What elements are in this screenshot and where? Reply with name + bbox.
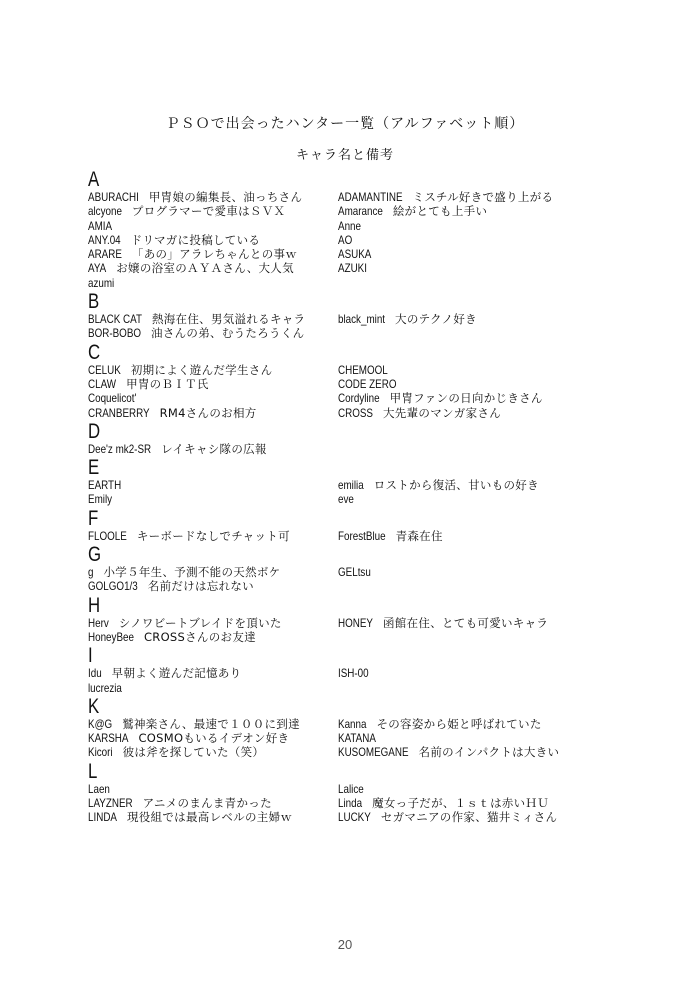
section-l: LLaenLaliceLAYZNERアニメのまんま青かったLinda魔女っ子だが… — [88, 762, 608, 825]
section-letter: C — [88, 343, 504, 362]
character-name: Anne — [338, 219, 357, 233]
list-item: AO — [338, 233, 608, 247]
list-row: Idu早朝よく遊んだ記憶ありISH-00 — [88, 666, 608, 680]
section-letter: F — [88, 509, 504, 528]
character-name: ISH-00 — [338, 666, 363, 680]
list-item: CHEMOOL — [338, 363, 608, 377]
list-row: Emilyeve — [88, 492, 608, 506]
list-item — [338, 630, 608, 644]
list-item: KUSOMEGANE名前のインパクトは大きい — [338, 745, 608, 759]
section-letter: A — [88, 170, 504, 189]
list-item: KATANA — [338, 731, 608, 745]
section-letter: I — [88, 646, 504, 665]
character-note: 魔女っ子だが、１ｓｔは赤いＨＵ — [372, 796, 549, 810]
list-item: alcyoneプログラマーで愛車はＳＶＸ — [88, 204, 338, 218]
character-note: 甲冑のＢＩＴ氏 — [126, 377, 209, 391]
character-name: emilia — [338, 478, 359, 492]
character-note: 「あの」アラレちゃんとの事ｗ — [132, 247, 297, 261]
list-item: ForestBlue青森在住 — [338, 529, 608, 543]
section-letter: E — [88, 458, 504, 477]
section-d: DDee'z mk2-SRレイキャシ隊の広報 — [88, 422, 608, 456]
list-item: CLAW甲冑のＢＩＴ氏 — [88, 377, 338, 391]
list-row: FLOOLEキーボードなしでチャット可ForestBlue青森在住 — [88, 529, 608, 543]
list-item: CROSS大先輩のマンガ家さん — [338, 406, 608, 420]
character-note: 彼は斧を探していた（笑） — [123, 745, 265, 759]
list-row: AMIAAnne — [88, 219, 608, 233]
list-item: BOR-BOBO油さんの弟、むうたろうくん — [88, 326, 338, 340]
character-name: CODE ZERO — [338, 377, 386, 391]
list-item: BLACK CAT熱海在住、男気溢れるキャラ — [88, 312, 338, 326]
character-name: CROSS — [338, 406, 367, 420]
list-item: Kannaその容姿から姫と呼ばれていた — [338, 717, 608, 731]
character-name: ASUKA — [338, 247, 365, 261]
list-item — [338, 326, 608, 340]
section-c: CCELUK初期によく遊んだ学生さんCHEMOOLCLAW甲冑のＢＩＴ氏CODE… — [88, 343, 608, 420]
list-item: Coquelicot' — [88, 391, 338, 405]
list-item: Hervシノワビートブレイドを頂いた — [88, 616, 338, 630]
list-item: Lalice — [338, 782, 608, 796]
character-name: Amarance — [338, 204, 375, 218]
list-item: ABURACHI甲冑娘の編集長、油っちさん — [88, 190, 338, 204]
section-i: IIdu早朝よく遊んだ記憶ありISH-00lucrezia — [88, 646, 608, 695]
list-row: GOLGO1/3名前だけは忘れない — [88, 579, 608, 593]
character-name: BOR-BOBO — [88, 326, 131, 340]
character-note: 青森在住 — [396, 529, 443, 543]
character-name: eve — [338, 492, 351, 506]
page-subtitle: キャラ名と備考 — [0, 144, 690, 163]
character-name: azumi — [88, 276, 110, 290]
character-name: BLACK CAT — [88, 312, 132, 326]
character-name: Emily — [88, 492, 108, 506]
list-row: lucrezia — [88, 681, 608, 695]
list-item: EARTH — [88, 478, 338, 492]
character-name: CLAW — [88, 377, 111, 391]
section-k: KK@G鷲神楽さん、最速で１００に到達Kannaその容姿から姫と呼ばれていたKA… — [88, 697, 608, 760]
list-item: GOLGO1/3名前だけは忘れない — [88, 579, 338, 593]
character-name: Cordyline — [338, 391, 372, 405]
list-item: K@G鷲神楽さん、最速で１００に到達 — [88, 717, 338, 731]
list-row: BOR-BOBO油さんの弟、むうたろうくん — [88, 326, 608, 340]
list-item: Cordyline甲冑ファンの日向かじきさん — [338, 391, 608, 405]
list-item: CRANBERRYRM4さんのお相方 — [88, 406, 338, 420]
list-item: ANY.04ドリマガに投稿している — [88, 233, 338, 247]
character-name: Dee'z mk2-SR — [88, 442, 140, 456]
character-note: 絵がとても上手い — [393, 204, 487, 218]
list-item: Kicori彼は斧を探していた（笑） — [88, 745, 338, 759]
list-row: Hervシノワビートブレイドを頂いたHONEY函館在住、とても可愛いキャラ — [88, 616, 608, 630]
character-name: ARARE — [88, 247, 116, 261]
list-item: GELtsu — [338, 565, 608, 579]
list-item: AMIA — [88, 219, 338, 233]
page-number: 20 — [0, 937, 690, 952]
character-name: GOLGO1/3 — [88, 579, 129, 593]
list-row: AYAお嬢の浴室のＡＹＡさん、大人気AZUKI — [88, 261, 608, 275]
character-note: お嬢の浴室のＡＹＡさん、大人気 — [116, 261, 294, 275]
character-note: シノワビートブレイドを頂いた — [119, 616, 282, 630]
character-note: 早朝よく遊んだ記憶あり — [112, 666, 242, 680]
list-row: KARSHACOSMOもいるイデオン好きKATANA — [88, 731, 608, 745]
section-g: Gg小学５年生、予測不能の天然ボケGELtsuGOLGO1/3名前だけは忘れない — [88, 545, 608, 594]
character-name: ABURACHI — [88, 190, 130, 204]
list-row: BLACK CAT熱海在住、男気溢れるキャラblack_mint大のテクノ好き — [88, 312, 608, 326]
character-note: 甲冑ファンの日向かじきさん — [390, 391, 543, 405]
character-name: Lalice — [338, 782, 359, 796]
list-row: Dee'z mk2-SRレイキャシ隊の広報 — [88, 442, 608, 456]
list-row: CRANBERRYRM4さんのお相方CROSS大先輩のマンガ家さん — [88, 406, 608, 420]
list-row: LaenLalice — [88, 782, 608, 796]
section-b: BBLACK CAT熱海在住、男気溢れるキャラblack_mint大のテクノ好き… — [88, 292, 608, 341]
character-name: CHEMOOL — [338, 363, 379, 377]
page-title: ＰＳＯで出会ったハンター一覧（アルファベット順） — [0, 113, 690, 133]
character-name: K@G — [88, 717, 108, 731]
character-name: GELtsu — [338, 565, 365, 579]
list-item: ARARE「あの」アラレちゃんとの事ｗ — [88, 247, 338, 261]
character-name: Idu — [88, 666, 99, 680]
character-note: 小学５年生、予測不能の天然ボケ — [103, 565, 280, 579]
list-item: Laen — [88, 782, 338, 796]
character-note: 熱海在住、男気溢れるキャラ — [152, 312, 305, 326]
list-item: LINDA現役組では最高レベルの主婦ｗ — [88, 810, 338, 824]
character-name: Linda — [338, 796, 358, 810]
list-item: CODE ZERO — [338, 377, 608, 391]
character-name: Coquelicot' — [88, 391, 128, 405]
character-note: レイキャシ隊の広報 — [161, 442, 267, 456]
list-item — [338, 681, 608, 695]
list-item: g小学５年生、予測不能の天然ボケ — [88, 565, 338, 579]
section-letter: G — [88, 545, 504, 564]
character-name: LUCKY — [338, 810, 365, 824]
character-name: Kicori — [88, 745, 108, 759]
character-name: ForestBlue — [338, 529, 377, 543]
list-row: ABURACHI甲冑娘の編集長、油っちさんADAMANTINEミスチル好きで盛り… — [88, 190, 608, 204]
character-name: ANY.04 — [88, 233, 115, 247]
list-item: Anne — [338, 219, 608, 233]
section-e: EEARTHemiliaロストから復活、甘いもの好きEmilyeve — [88, 458, 608, 507]
character-name: g — [88, 565, 92, 579]
character-name: LAYZNER — [88, 796, 125, 810]
character-note: 大のテクノ好き — [395, 312, 477, 326]
character-name: lucrezia — [88, 681, 116, 695]
list-item: HONEY函館在住、とても可愛いキャラ — [338, 616, 608, 630]
character-note: アニメのまんま青かった — [143, 796, 272, 810]
character-name: AO — [338, 233, 350, 247]
list-item — [338, 276, 608, 290]
list-item: black_mint大のテクノ好き — [338, 312, 608, 326]
list-row: CLAW甲冑のＢＩＴ氏CODE ZERO — [88, 377, 608, 391]
list-item: AYAお嬢の浴室のＡＹＡさん、大人気 — [88, 261, 338, 275]
list-item: Dee'z mk2-SRレイキャシ隊の広報 — [88, 442, 338, 456]
character-note: セガマニアの作家、猫井ミィさん — [381, 810, 558, 824]
section-letter: L — [88, 762, 504, 781]
character-name: KUSOMEGANE — [338, 745, 396, 759]
list-item: Linda魔女っ子だが、１ｓｔは赤いＨＵ — [338, 796, 608, 810]
list-item: eve — [338, 492, 608, 506]
list-row: ANY.04ドリマガに投稿しているAO — [88, 233, 608, 247]
hunter-list: AABURACHI甲冑娘の編集長、油っちさんADAMANTINEミスチル好きで盛… — [88, 168, 608, 825]
list-row: alcyoneプログラマーで愛車はＳＶＸAmarance絵がとても上手い — [88, 204, 608, 218]
list-row: LINDA現役組では最高レベルの主婦ｗLUCKYセガマニアの作家、猫井ミィさん — [88, 810, 608, 824]
list-item: LUCKYセガマニアの作家、猫井ミィさん — [338, 810, 608, 824]
section-letter: B — [88, 292, 504, 311]
section-letter: H — [88, 596, 504, 615]
character-note: 現役組では最高レベルの主婦ｗ — [127, 810, 292, 824]
character-name: alcyone — [88, 204, 116, 218]
list-row: HoneyBeeCROSSさんのお友達 — [88, 630, 608, 644]
character-name: Herv — [88, 616, 105, 630]
character-name: black_mint — [338, 312, 377, 326]
character-note: 鷲神楽さん、最速で１００に到達 — [122, 717, 300, 731]
list-row: K@G鷲神楽さん、最速で１００に到達Kannaその容姿から姫と呼ばれていた — [88, 717, 608, 731]
list-item: LAYZNERアニメのまんま青かった — [88, 796, 338, 810]
character-name: HONEY — [338, 616, 367, 630]
character-name: KATANA — [338, 731, 369, 745]
character-note: CROSSさんのお友達 — [144, 630, 256, 644]
character-name: HoneyBee — [88, 630, 126, 644]
list-item: Emily — [88, 492, 338, 506]
section-letter: K — [88, 697, 504, 716]
list-row: azumi — [88, 276, 608, 290]
character-note: ドリマガに投稿している — [131, 233, 261, 247]
character-name: CRANBERRY — [88, 406, 139, 420]
list-item — [338, 442, 608, 456]
character-note: 初期によく遊んだ学生さん — [131, 363, 273, 377]
character-name: Laen — [88, 782, 106, 796]
section-a: AABURACHI甲冑娘の編集長、油っちさんADAMANTINEミスチル好きで盛… — [88, 170, 608, 290]
list-item: ADAMANTINEミスチル好きで盛り上がる — [338, 190, 608, 204]
list-item — [338, 579, 608, 593]
list-item: AZUKI — [338, 261, 608, 275]
list-item: KARSHACOSMOもいるイデオン好き — [88, 731, 338, 745]
list-row: ARARE「あの」アラレちゃんとの事ｗASUKA — [88, 247, 608, 261]
list-item: Amarance絵がとても上手い — [338, 204, 608, 218]
character-note: キーボードなしでチャット可 — [137, 529, 290, 543]
character-note: 大先輩のマンガ家さん — [383, 406, 501, 420]
character-name: CELUK — [88, 363, 115, 377]
character-note: 名前だけは忘れない — [148, 579, 254, 593]
character-note: その容姿から姫と呼ばれていた — [376, 717, 541, 731]
list-item: CELUK初期によく遊んだ学生さん — [88, 363, 338, 377]
list-item: emiliaロストから復活、甘いもの好き — [338, 478, 608, 492]
list-row: CELUK初期によく遊んだ学生さんCHEMOOL — [88, 363, 608, 377]
character-name: KARSHA — [88, 731, 121, 745]
list-row: Coquelicot'Cordyline甲冑ファンの日向かじきさん — [88, 391, 608, 405]
character-note: ミスチル好きで盛り上がる — [413, 190, 554, 204]
section-letter: D — [88, 422, 504, 441]
list-item: Idu早朝よく遊んだ記憶あり — [88, 666, 338, 680]
character-name: FLOOLE — [88, 529, 120, 543]
list-item: azumi — [88, 276, 338, 290]
character-note: COSMOもいるイデオン好き — [138, 731, 289, 745]
character-name: LINDA — [88, 810, 112, 824]
character-name: AYA — [88, 261, 103, 275]
character-name: EARTH — [88, 478, 115, 492]
list-item: ASUKA — [338, 247, 608, 261]
character-note: ロストから復活、甘いもの好き — [374, 478, 539, 492]
section-h: HHervシノワビートブレイドを頂いたHONEY函館在住、とても可愛いキャラHo… — [88, 596, 608, 645]
character-note: 名前のインパクトは大きい — [419, 745, 560, 759]
character-name: ADAMANTINE — [338, 190, 391, 204]
character-note: RM4さんのお相方 — [160, 406, 257, 420]
list-item: ISH-00 — [338, 666, 608, 680]
character-note: 油さんの弟、むうたろうくん — [151, 326, 304, 340]
character-name: AMIA — [88, 219, 108, 233]
character-name: AZUKI — [338, 261, 362, 275]
list-item: FLOOLEキーボードなしでチャット可 — [88, 529, 338, 543]
character-note: 函館在住、とても可愛いキャラ — [383, 616, 548, 630]
list-row: LAYZNERアニメのまんま青かったLinda魔女っ子だが、１ｓｔは赤いＨＵ — [88, 796, 608, 810]
character-note: プログラマーで愛車はＳＶＸ — [132, 204, 285, 218]
list-row: EARTHemiliaロストから復活、甘いもの好き — [88, 478, 608, 492]
list-item: HoneyBeeCROSSさんのお友達 — [88, 630, 338, 644]
list-item: lucrezia — [88, 681, 338, 695]
list-row: g小学５年生、予測不能の天然ボケGELtsu — [88, 565, 608, 579]
list-row: Kicori彼は斧を探していた（笑）KUSOMEGANE名前のインパクトは大きい — [88, 745, 608, 759]
section-f: FFLOOLEキーボードなしでチャット可ForestBlue青森在住 — [88, 509, 608, 543]
character-name: Kanna — [338, 717, 361, 731]
character-note: 甲冑娘の編集長、油っちさん — [149, 190, 302, 204]
